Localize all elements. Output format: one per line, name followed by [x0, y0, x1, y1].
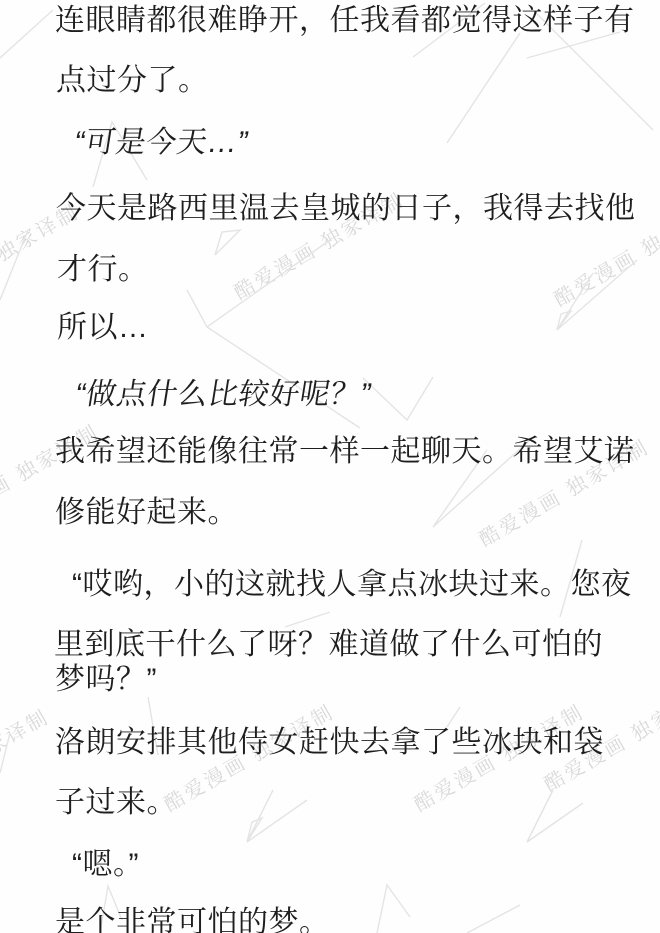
text-line-4: 今天是路西里温去皇城的日子，我得去找他: [56, 192, 636, 227]
text-line-8: 我希望还能像往常一样一起聊天。希望艾诺: [55, 435, 635, 470]
text-line-16: 是个非常可怕的梦。: [55, 906, 330, 933]
text-line-15: “嗯。”: [72, 848, 139, 883]
novel-text-layer: 连眼睛都很难睁开，任我看都觉得这样子有点过分了。“可是今天…”今天是路西里温去皇…: [0, 0, 660, 933]
text-line-7: “做点什么比较好呢？”: [73, 378, 374, 413]
novel-page: 酷爱漫画 独家译制酷爱漫画 独家译制酷爱漫画 独家译制酷爱漫画 独家译制酷爱漫画…: [0, 0, 660, 933]
text-line-3: “可是今天…”: [72, 126, 251, 161]
text-line-11: 里到底干什么了呀？难道做了什么可怕的: [54, 628, 603, 663]
text-line-10: “哎哟，小的这就找人拿点冰块过来。您夜: [72, 568, 632, 603]
text-line-6: 所以…: [57, 311, 149, 346]
text-line-1: 连眼睛都很难睁开，任我看都觉得这样子有: [55, 4, 635, 39]
text-line-12: 梦吗？”: [55, 663, 157, 698]
text-line-13: 洛朗安排其他侍女赶快去拿了些冰块和袋: [55, 726, 604, 761]
text-line-9: 修能好起来。: [55, 496, 238, 531]
text-line-2: 点过分了。: [56, 64, 209, 99]
text-line-14: 子过来。: [55, 786, 177, 821]
text-line-5: 才行。: [57, 253, 149, 288]
